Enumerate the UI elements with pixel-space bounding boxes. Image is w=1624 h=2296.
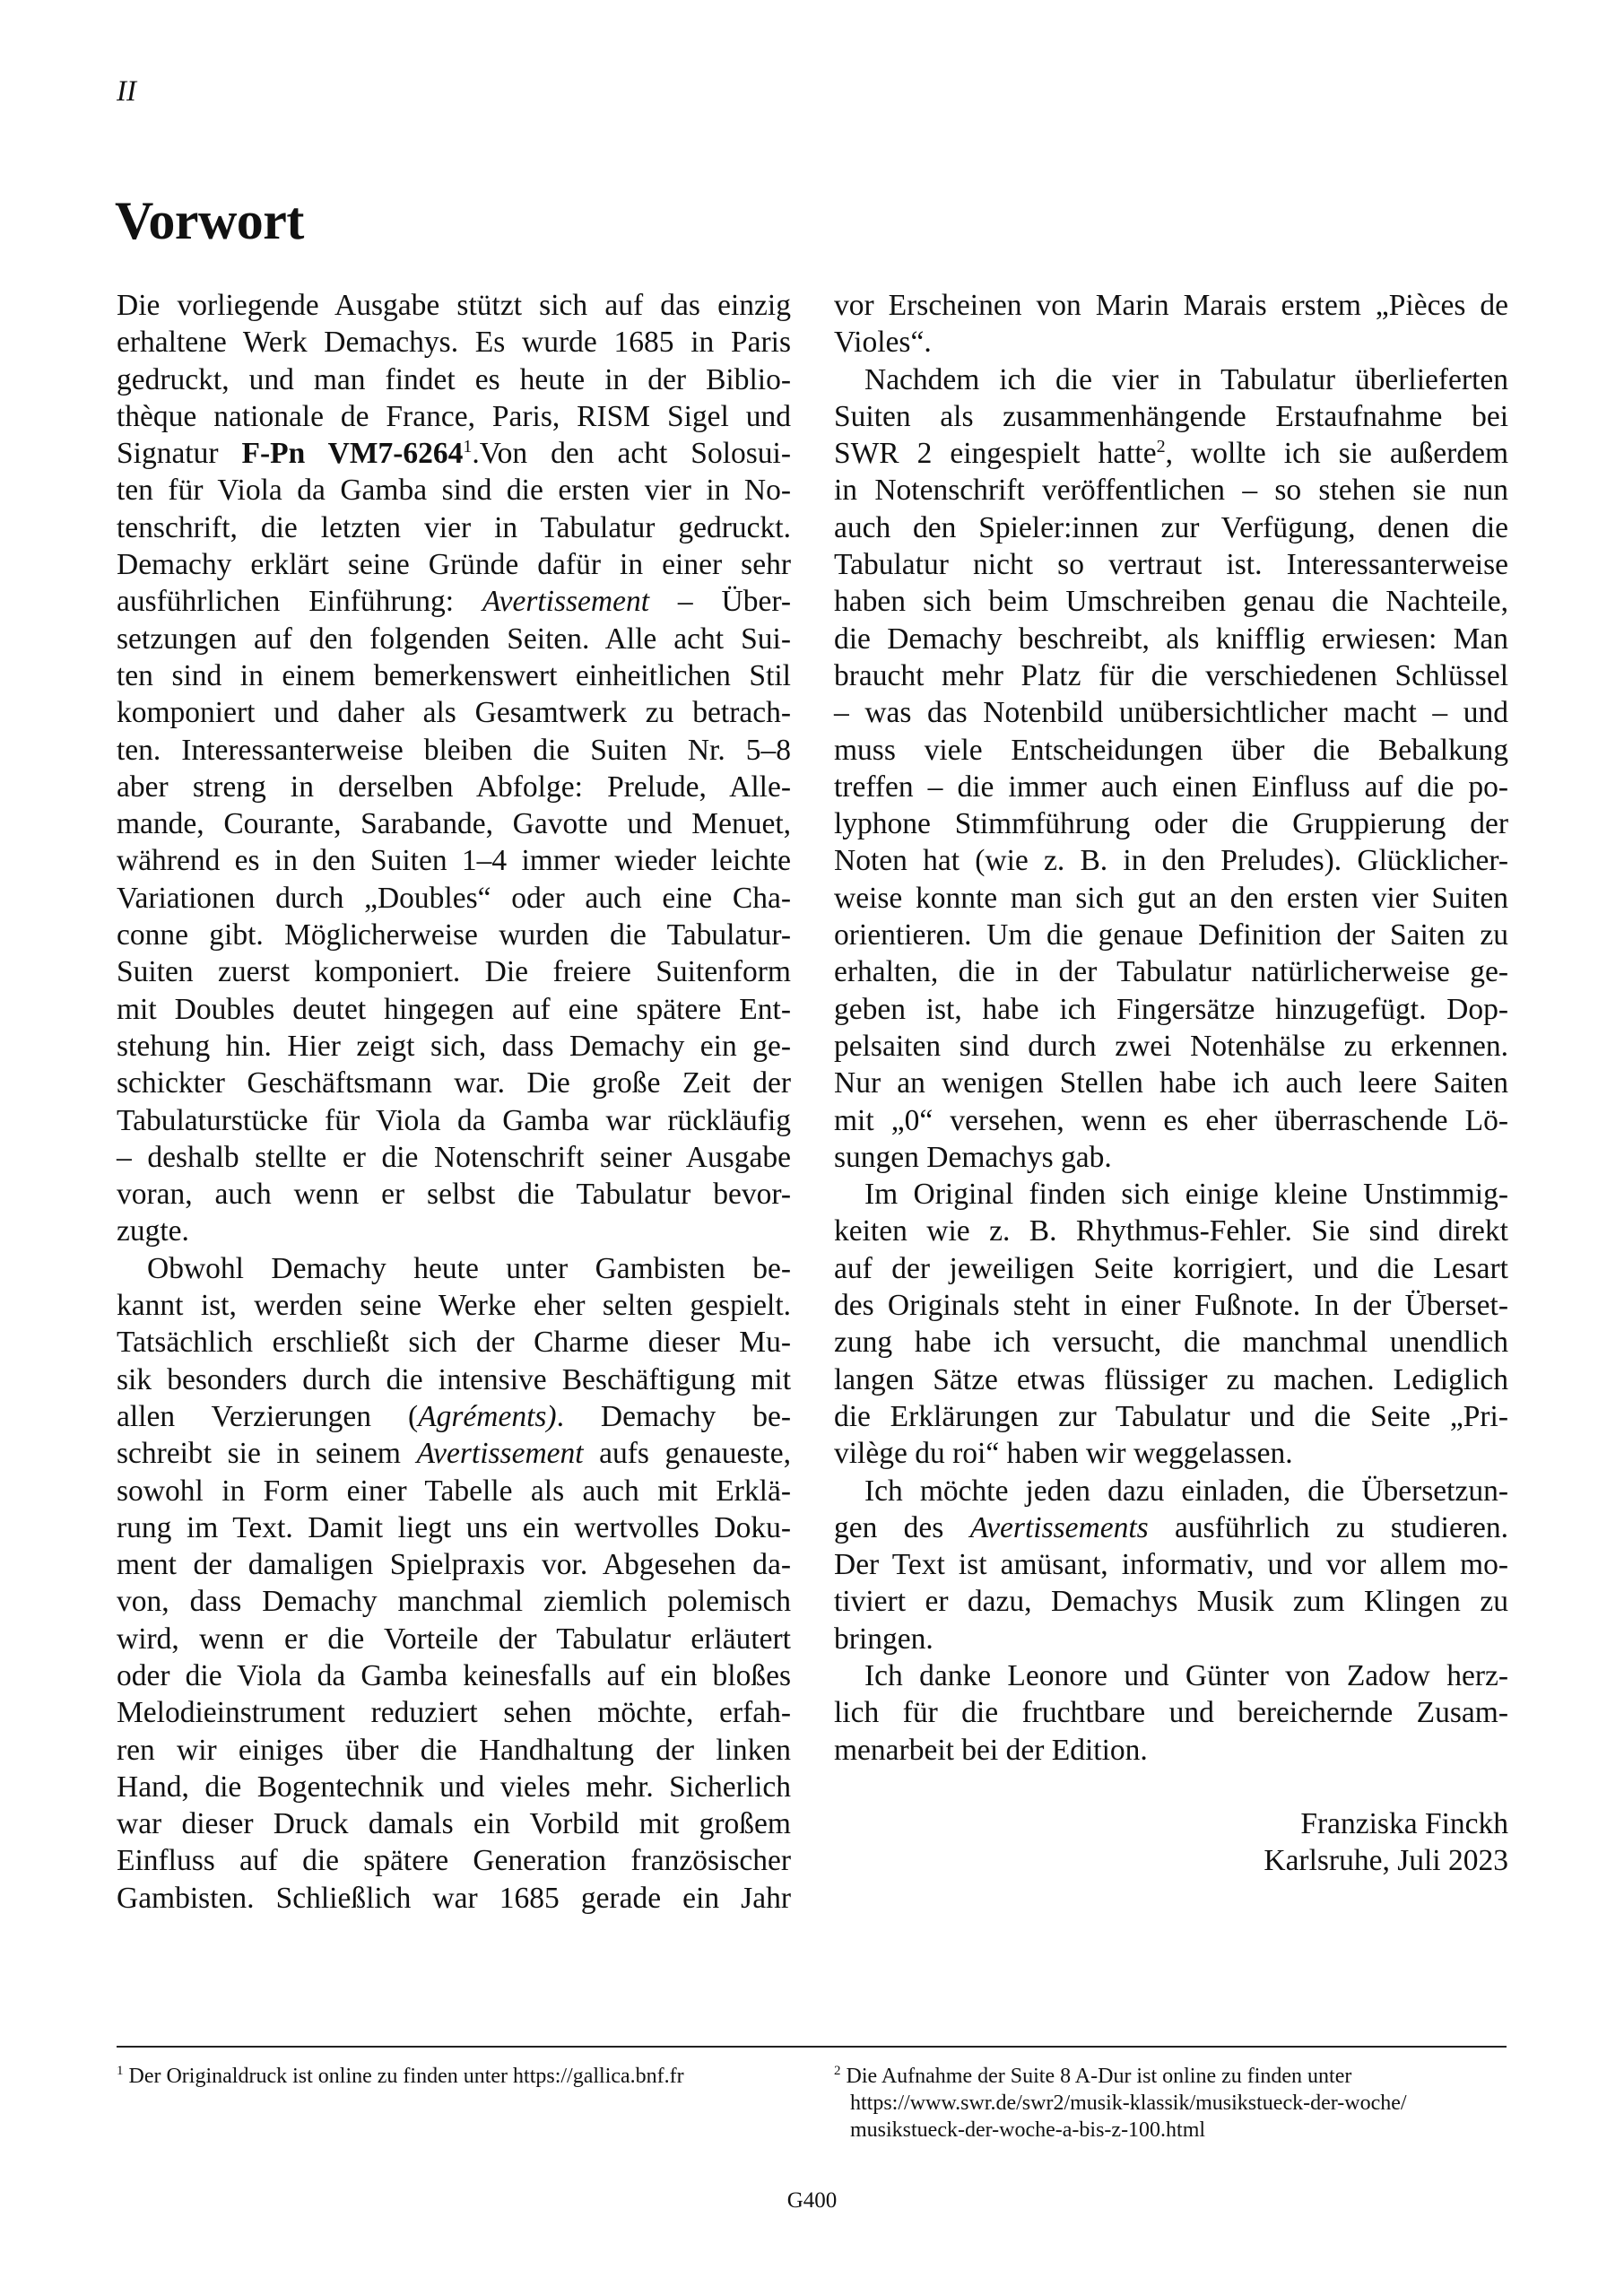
left-text-line: komponiert und daher als Gesamtwerk zu b… — [117, 694, 791, 731]
right-text-line: muss viele Entscheidungen über die Bebal… — [834, 732, 1508, 769]
left-text-line: Signatur F-Pn VM7-62641.Von den acht Sol… — [117, 435, 791, 472]
right-text-line: Im Original finden sich einige kleine Un… — [834, 1176, 1508, 1213]
left-text-line: aber streng in derselben Abfolge: Prelud… — [117, 769, 791, 805]
italic-term: Avertissements — [970, 1511, 1149, 1544]
left-text-line: ment der damaligen Spielpraxis vor. Abge… — [117, 1546, 791, 1583]
italic-term: Avertissement — [417, 1437, 584, 1470]
left-text-line: voran, auch wenn er selbst die Tabulatur… — [117, 1176, 791, 1213]
right-text-line: keiten wie z. B. Rhythmus-Fehler. Sie si… — [834, 1213, 1508, 1249]
right-text-line: erhalten, die in der Tabulatur natürlich… — [834, 953, 1508, 990]
right-text-line: Ich möchte jeden dazu einladen, die Über… — [834, 1473, 1508, 1509]
left-text-line: stehung hin. Hier zeigt sich, dass Demac… — [117, 1028, 791, 1065]
right-text-line: Ich danke Leonore und Günter von Zadow h… — [834, 1657, 1508, 1694]
right-text-line: sungen Demachys gab. — [834, 1139, 1508, 1176]
right-text-line: treffen – die immer auch einen Einfluss … — [834, 769, 1508, 805]
footnote-1: 1Der Originaldruck ist online zu finden … — [117, 2063, 798, 2090]
footnote-text: Der Originaldruck ist online zu finden u… — [129, 2065, 684, 2088]
left-text-line: ren wir einiges über die Handhaltung der… — [117, 1732, 791, 1769]
left-text-line: conne gibt. Möglicherweise wurden die Ta… — [117, 917, 791, 953]
left-text-line: Melodieinstrument reduziert sehen möchte… — [117, 1694, 791, 1731]
footnote-2: 2Die Aufnahme der Suite 8 A-Dur ist onli… — [834, 2063, 1515, 2144]
left-text-line: oder die Viola da Gamba keinesfalls auf … — [117, 1657, 791, 1694]
footnote-reference[interactable]: 1 — [463, 437, 472, 457]
left-text-line: zugte. — [117, 1213, 791, 1249]
left-text-line: thèque nationale de France, Paris, RISM … — [117, 398, 791, 435]
left-text-line: schickter Geschäftsmann war. Die große Z… — [117, 1065, 791, 1101]
footnote-text: Die Aufnahme der Suite 8 A-Dur ist onlin… — [847, 2065, 1352, 2088]
left-text-line: gedruckt, und man findet es heute in der… — [117, 361, 791, 398]
left-text-line: mit Doubles deutet hingegen auf eine spä… — [117, 991, 791, 1028]
right-text-line: SWR 2 eingespielt hatte2, wollte ich sie… — [834, 435, 1508, 472]
italic-term: Agréments) — [418, 1400, 556, 1433]
right-text-line: vilège du roi“ haben wir weggelassen. — [834, 1435, 1508, 1472]
right-text-line — [834, 1769, 1508, 1805]
right-text-line: – was das Notenbild unübersichtlicher ma… — [834, 694, 1508, 731]
left-text-line: Suiten zuerst komponiert. Die freiere Su… — [117, 953, 791, 990]
right-text-line: mit „0“ versehen, wenn es eher überrasch… — [834, 1102, 1508, 1139]
left-text-line: während es in den Suiten 1–4 immer wiede… — [117, 842, 791, 879]
right-text-line: die Erklärungen zur Tabulatur und die Se… — [834, 1398, 1508, 1435]
right-text-line: langen Sätze etwas flüssiger zu machen. … — [834, 1361, 1508, 1398]
right-text-line: pelsaiten sind durch zwei Notenhälse zu … — [834, 1028, 1508, 1065]
right-text-line: des Originals steht in einer Fußnote. In… — [834, 1287, 1508, 1324]
right-text-line: weise konnte man sich gut an den ersten … — [834, 880, 1508, 917]
right-text-line: orientieren. Um die genaue Definition de… — [834, 917, 1508, 953]
footnote-reference[interactable]: 2 — [1157, 437, 1166, 457]
left-text-line: rung im Text. Damit liegt uns ein wertvo… — [117, 1509, 791, 1546]
right-text-line: geben ist, habe ich Fingersätze hinzugef… — [834, 991, 1508, 1028]
left-text-line: ten für Viola da Gamba sind die ersten v… — [117, 472, 791, 509]
italic-term: Avertissement — [482, 585, 649, 618]
page-code: G400 — [0, 2188, 1624, 2213]
right-text-line: auch den Spieler:innen zur Verfügung, de… — [834, 509, 1508, 546]
footnote-divider — [117, 2046, 1507, 2048]
right-text-line: Franziska Finckh — [834, 1805, 1508, 1842]
left-text-line: sowohl in Form einer Tabelle als auch mi… — [117, 1473, 791, 1509]
left-text-line: setzungen auf den folgenden Seiten. Alle… — [117, 621, 791, 657]
left-text-line: Variationen durch „Doubles“ oder auch ei… — [117, 880, 791, 917]
right-text-line: die Demachy beschreibt, als knifflig erw… — [834, 621, 1508, 657]
left-text-line: erhaltene Werk Demachys. Es wurde 1685 i… — [117, 324, 791, 361]
right-text-line: Karlsruhe, Juli 2023 — [834, 1842, 1508, 1879]
left-text-line: von, dass Demachy manchmal ziemlich pole… — [117, 1583, 791, 1620]
left-text-line: ausführlichen Einführung: Avertissement … — [117, 583, 791, 620]
left-text-line: Gambisten. Schließlich war 1685 gerade e… — [117, 1880, 791, 1917]
left-text-line: mande, Courante, Sarabande, Gavotte und … — [117, 805, 791, 842]
right-text-line: Nachdem ich die vier in Tabulatur überli… — [834, 361, 1508, 398]
left-text-line: ten. Interessanterweise bleiben die Suit… — [117, 732, 791, 769]
footnote-mark: 2 — [834, 2064, 841, 2078]
left-text-line: tenschrift, die letzten vier in Tabulatu… — [117, 509, 791, 546]
right-text-line: Tabulatur nicht so vertraut ist. Interes… — [834, 546, 1508, 583]
right-text-line: Der Text ist amüsant, informativ, und vo… — [834, 1546, 1508, 1583]
left-text-line: war dieser Druck damals ein Vorbild mit … — [117, 1805, 791, 1842]
left-text-line: – deshalb stellte er die Notenschrift se… — [117, 1139, 791, 1176]
left-text-line: Tabulaturstücke für Viola da Gamba war r… — [117, 1102, 791, 1139]
right-text-line: haben sich beim Umschreiben genau die Na… — [834, 583, 1508, 620]
left-text-line: kannt ist, werden seine Werke eher selte… — [117, 1287, 791, 1324]
left-text-line: schreibt sie in seinem Avertissement auf… — [117, 1435, 791, 1472]
page-number-roman: II — [117, 75, 136, 109]
left-text-line: Hand, die Bogentechnik und vieles mehr. … — [117, 1769, 791, 1805]
right-text-line: Suiten als zusammenhängende Erstaufnahme… — [834, 398, 1508, 435]
left-text-line: sik besonders durch die intensive Beschä… — [117, 1361, 791, 1398]
right-text-line: gen des Avertissements ausführlich zu st… — [834, 1509, 1508, 1546]
right-text-line: in Notenschrift veröffentlichen – so ste… — [834, 472, 1508, 509]
right-text-line: tiviert er dazu, Demachys Musik zum Klin… — [834, 1583, 1508, 1620]
left-text-line: allen Verzierungen (Agréments). Demachy … — [117, 1398, 791, 1435]
right-text-line: zung habe ich versucht, die manchmal une… — [834, 1324, 1508, 1361]
right-text-line: lich für die fruchtbare und bereichernde… — [834, 1694, 1508, 1731]
right-text-line: auf der jeweiligen Seite korrigiert, und… — [834, 1250, 1508, 1287]
right-text-line: bringen. — [834, 1621, 1508, 1657]
right-text-line: menarbeit bei der Edition. — [834, 1732, 1508, 1769]
right-text-line: Nur an wenigen Stellen habe ich auch lee… — [834, 1065, 1508, 1101]
left-text-line: Demachy erklärt seine Gründe dafür in ei… — [117, 546, 791, 583]
right-text-line: lyphone Stimmführung oder die Gruppierun… — [834, 805, 1508, 842]
footnote-mark: 1 — [117, 2064, 124, 2078]
right-text-line: Noten hat (wie z. B. in den Preludes). G… — [834, 842, 1508, 879]
right-column: vor Erscheinen von Marin Marais erstem „… — [834, 287, 1508, 1880]
left-text-line: ten sind in einem bemerkenswert einheitl… — [117, 657, 791, 694]
right-text-line: vor Erscheinen von Marin Marais erstem „… — [834, 287, 1508, 324]
footnote-url[interactable]: https://www.swr.de/swr2/musik-klassik/mu… — [834, 2090, 1515, 2117]
footnote-url[interactable]: musikstueck-der-woche-a-bis-z-100.html — [834, 2117, 1515, 2144]
left-text-line: Einfluss auf die spätere Generation fran… — [117, 1842, 791, 1879]
page-title: Vorwort — [115, 190, 304, 252]
left-text-line: Die vorliegende Ausgabe stützt sich auf … — [117, 287, 791, 324]
right-text-line: Violes“. — [834, 324, 1508, 361]
signature-bold: F-Pn VM7-6264 — [242, 437, 464, 470]
left-column: Die vorliegende Ausgabe stützt sich auf … — [117, 287, 791, 1917]
left-text-line: Tatsächlich erschließt sich der Charme d… — [117, 1324, 791, 1361]
right-text-line: braucht mehr Platz für die verschiedenen… — [834, 657, 1508, 694]
left-text-line: Obwohl Demachy heute unter Gambisten be- — [117, 1250, 791, 1287]
left-text-line: wird, wenn er die Vorteile der Tabulatur… — [117, 1621, 791, 1657]
